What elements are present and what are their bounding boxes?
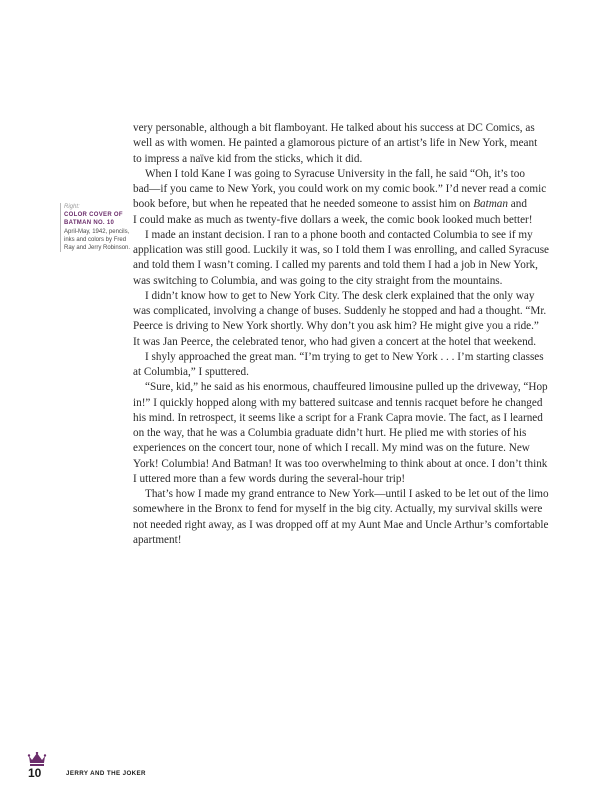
caption-title-line: BATMAN NO. 10 (64, 220, 114, 226)
caption-title: COLOR COVER OFBATMAN NO. 10 (64, 211, 136, 227)
text-line: apartment! (133, 533, 469, 548)
body-text: very personable, although a bit flamboya… (133, 121, 469, 548)
italic-title: Batman (473, 198, 508, 210)
text-line: somewhere in the Bronx to fend for mysel… (133, 502, 469, 517)
text-line: I shyly approached the great man. “I’m t… (133, 350, 469, 365)
text-line: It was Jan Peerce, the celebrated tenor,… (133, 335, 469, 350)
text-line: experiences on the concert tour, none of… (133, 441, 469, 456)
text-line: well as with women. He painted a glamoro… (133, 136, 469, 151)
text-line: to impress a naïve kid from the sticks, … (133, 152, 469, 167)
page-number: 10 (28, 766, 41, 780)
text-line: book before, but when he repeated that h… (133, 197, 469, 212)
text-line: at Columbia,” I sputtered. (133, 365, 469, 380)
text-fragment: book before, but when he repeated that h… (133, 198, 473, 210)
text-line: was complicated, involving a change of b… (133, 304, 469, 319)
text-line: and told them I wasn’t coming. I called … (133, 258, 469, 273)
text-line: I made an instant decision. I ran to a p… (133, 228, 469, 243)
text-line: “Sure, kid,” he said as his enormous, ch… (133, 380, 469, 395)
text-line: in!” I quickly hopped along with my batt… (133, 396, 469, 411)
text-line: When I told Kane I was going to Syracuse… (133, 167, 469, 182)
figure-caption: Right: COLOR COVER OFBATMAN NO. 10 April… (60, 203, 136, 252)
text-line: application was still good. Luckily it w… (133, 243, 469, 258)
caption-position-label: Right: (64, 203, 136, 211)
text-line: Peerce is driving to New York shortly. W… (133, 319, 469, 334)
text-line: York! Columbia! And Batman! It was too o… (133, 457, 469, 472)
text-line: very personable, although a bit flamboya… (133, 121, 469, 136)
text-line: I uttered more than a few words during t… (133, 472, 469, 487)
text-line: was switching to Columbia, and was going… (133, 274, 469, 289)
running-head: JERRY AND THE JOKER (66, 770, 146, 777)
caption-title-line: COLOR COVER OF (64, 212, 123, 218)
text-line: I didn’t know how to get to New York Cit… (133, 289, 469, 304)
caption-description: April-May, 1942, pencils,inks and colors… (64, 229, 130, 251)
text-line: not needed right away, as I was dropped … (133, 518, 469, 533)
text-line: bad—if you came to New York, you could w… (133, 182, 469, 197)
caption-desc-line: Ray and Jerry Robinson. (64, 245, 130, 251)
text-line: That’s how I made my grand entrance to N… (133, 487, 469, 502)
caption-desc-line: April-May, 1942, pencils, (64, 229, 129, 235)
crown-icon (27, 752, 47, 767)
text-line: on the way, that he was a Columbia gradu… (133, 426, 469, 441)
text-fragment: and (508, 198, 527, 210)
caption-desc-line: inks and colors by Fred (64, 237, 126, 243)
text-line: I could make as much as twenty-five doll… (133, 213, 469, 228)
text-line: his mind. In retrospect, it seems like a… (133, 411, 469, 426)
